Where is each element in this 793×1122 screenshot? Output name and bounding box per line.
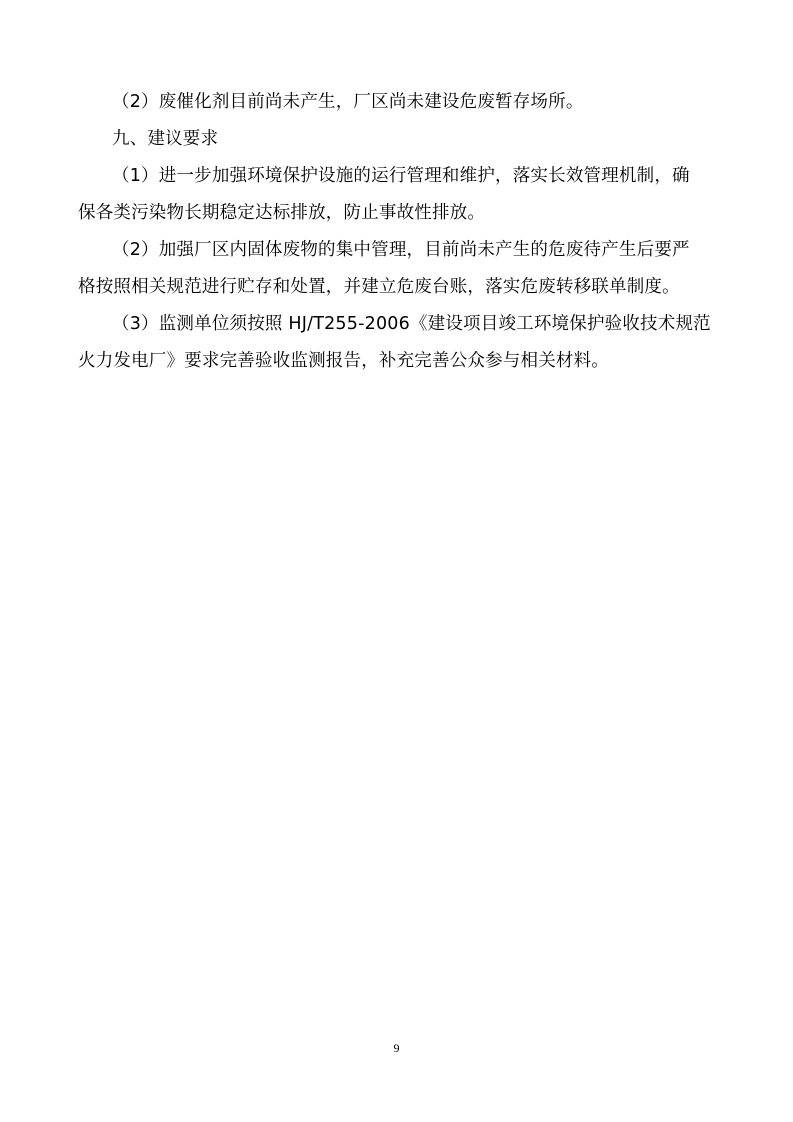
paragraph-line: 格按照相关规范进行贮存和处置，并建立危废台账，落实危废转移联单制度。 (78, 273, 680, 298)
paragraph-line: （2）废催化剂目前尚未产生，厂区尚未建设危废暂存场所。 (112, 88, 584, 113)
paragraph-line: （2）加强厂区内固体废物的集中管理，目前尚未产生的危废待产生后要严 (112, 236, 690, 261)
paragraph-line: 火力发电厂》要求完善验收监测报告，补充完善公众参与相关材料。 (78, 347, 609, 372)
page-number: 9 (0, 1041, 793, 1056)
section-heading: 九、建议要求 (112, 125, 218, 150)
paragraph-line: （3）监测单位须按照 HJ/T255-2006《建设项目竣工环境保护验收技术规范 (112, 310, 711, 335)
paragraph-line: （1）进一步加强环境保护设施的运行管理和维护，落实长效管理机制，确 (112, 162, 690, 187)
paragraph-line: 保各类污染物长期稳定达标排放，防止事故性排放。 (78, 199, 485, 224)
